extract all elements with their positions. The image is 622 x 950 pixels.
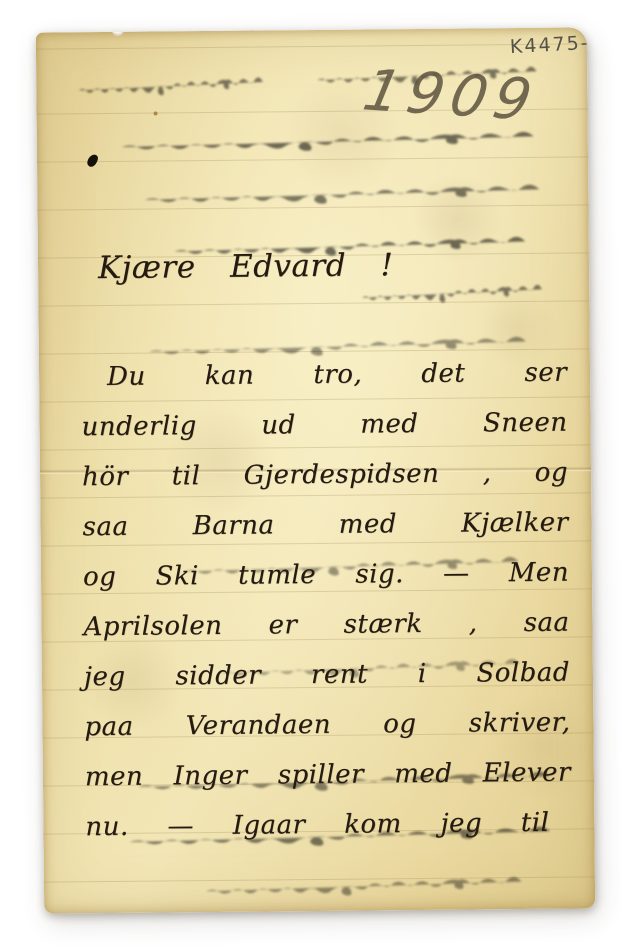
letter-line: men Inger spiller med Elever bbox=[85, 748, 571, 803]
letter-line: paa Verandaen og skriver, bbox=[84, 698, 570, 753]
letter-greeting: Kjære Edvard ! bbox=[98, 247, 394, 286]
letter-line: og Ski tumle sig. — Men bbox=[83, 548, 569, 603]
letter-line: hör til Gjerdespidsen , og bbox=[82, 448, 568, 503]
letter-line: underlig ud med Sneen bbox=[81, 398, 567, 453]
letter-line: saa Barna med Kjælker bbox=[82, 498, 568, 553]
letter-body: Du kan tro, det ser underlig ud med Snee… bbox=[81, 348, 572, 853]
paper-speck bbox=[154, 111, 158, 115]
letter-sheet: K4475-1 1909 Kjære Edvard ! Du kan tro, … bbox=[36, 27, 595, 913]
letter-line: Du kan tro, det ser bbox=[81, 348, 567, 403]
bleedthrough-writing bbox=[54, 68, 264, 97]
letter-line: Aprilsolen er stærk , saa bbox=[83, 598, 569, 653]
letter-line: nu. — Igaar kom jeg til bbox=[85, 798, 571, 853]
bleedthrough-writing bbox=[164, 868, 524, 898]
bleedthrough-writing bbox=[92, 176, 542, 207]
year-inscription: 1909 bbox=[358, 58, 544, 134]
catalog-number: K4475-1 bbox=[509, 31, 595, 58]
scan-background: K4475-1 1909 Kjære Edvard ! Du kan tro, … bbox=[0, 0, 622, 950]
letter-line: jeg sidder rent i Solbad bbox=[84, 648, 570, 703]
